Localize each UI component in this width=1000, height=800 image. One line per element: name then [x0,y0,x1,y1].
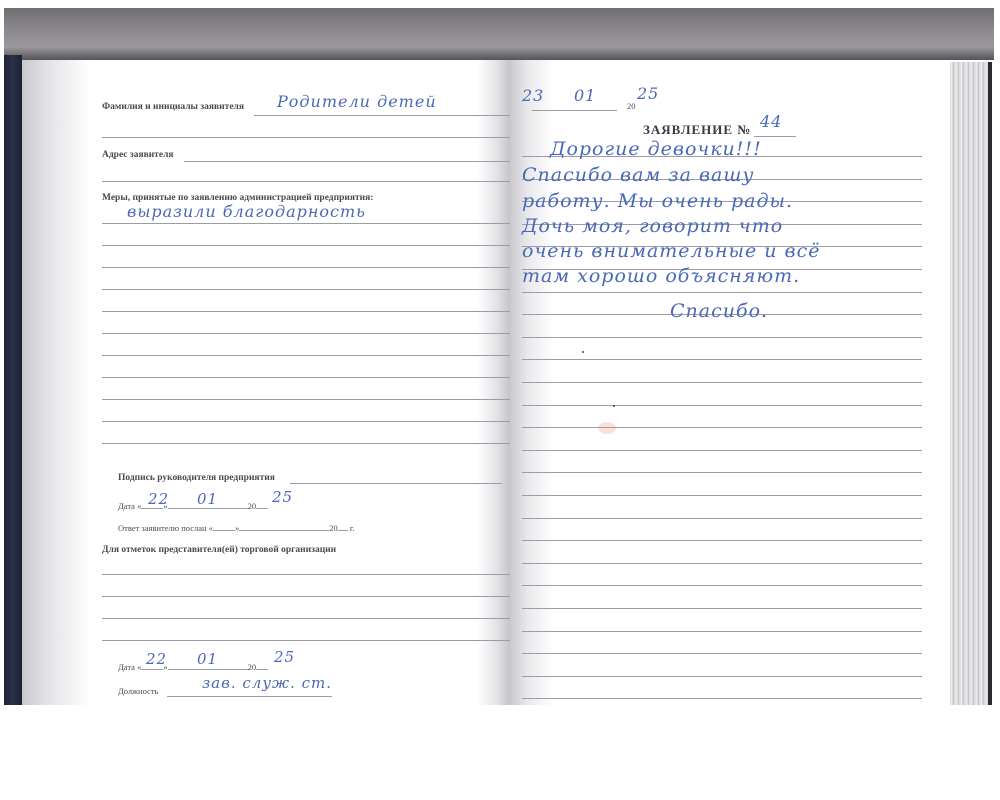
ruled-line [102,223,512,224]
date1-year-prefix: 20 [248,501,257,511]
ink-speck [582,351,584,353]
stain-mark [598,422,616,434]
date2-day: 22 [146,650,167,668]
ruled-line [102,421,512,422]
reply-sent-year-suffix: г. [350,523,355,533]
ruled-line [102,377,512,378]
reply-sent-label: Ответ заявителю послан « [118,523,213,533]
ruled-line [522,608,922,609]
position-value: зав. служ. ст. [202,674,332,692]
ruled-line [522,337,922,338]
statement-line-1: Дорогие девочки!!! [550,138,762,160]
applicant-name-line [254,115,512,116]
reply-sent-row: Ответ заявителю послан «»20 г. [118,523,355,533]
statement-date-day: 23 [522,86,544,105]
org-notes-line-4 [102,640,512,641]
reply-sent-year-prefix: 20 [329,523,338,533]
org-notes-label: Для отметок представителя(ей) торговой о… [102,545,336,555]
address-line [184,161,512,162]
statement-line-4: Дочь моя, говорит что [522,215,783,237]
statement-line-5: очень внимательные и всё [522,240,821,262]
statement-line-3: работу. Мы очень рады. [522,190,793,212]
ruled-line [522,518,922,519]
measures-value: выразили благодарность [127,202,366,221]
scanned-book-spread: Фамилия и инициалы заявителя Родители де… [0,0,1000,705]
applicant-name-line-2 [102,137,512,138]
statement-signature: Спасибо. [670,300,768,322]
statement-number-line [754,136,796,137]
org-notes-line-1 [102,574,512,575]
ruled-line [522,359,922,360]
right-page: 23 01 20 25 ЗАЯВЛЕНИЕ № 44 Дорогие девоч… [510,60,950,705]
ruled-line [522,631,922,632]
ruled-line [102,333,512,334]
statement-number: 44 [760,112,782,131]
org-notes-line-3 [102,618,512,619]
ruled-line [522,427,922,428]
statement-line-6: там хорошо объясняют. [522,265,800,287]
position-label: Должность [118,686,158,696]
ink-speck [613,405,615,407]
statement-title: ЗАЯВЛЕНИЕ № [643,122,751,138]
ruled-line [522,292,922,293]
statement-line-2: Спасибо вам за вашу [522,164,754,186]
book-cover-edge [4,55,22,705]
ruled-line [102,443,512,444]
date1-label: Дата « [118,501,141,511]
date1-row: Дата «»20 [118,501,268,511]
ruled-line [522,676,922,677]
ruled-line [102,245,512,246]
ruled-line [522,472,922,473]
manager-signature-line [290,483,502,484]
ruled-line [102,355,512,356]
ruled-line [522,585,922,586]
date-day-month-line [532,110,617,111]
ruled-line [522,405,922,406]
ruled-line [522,653,922,654]
date1-month: 01 [197,490,218,508]
date2-row: Дата «»20 [118,662,268,672]
ruled-line [522,698,922,699]
ruled-line [522,563,922,564]
date2-year: 25 [274,648,295,666]
scanner-lid-shadow [4,8,994,60]
ruled-line [102,399,512,400]
applicant-name-label: Фамилия и инициалы заявителя [102,102,244,112]
date2-label: Дата « [118,662,141,672]
manager-signature-label: Подпись руководителя предприятия [118,473,275,483]
statement-date-month: 01 [574,86,596,105]
left-page: Фамилия и инициалы заявителя Родители де… [22,60,512,705]
date1-year: 25 [272,488,293,506]
ruled-line [102,289,512,290]
ruled-line [522,382,922,383]
date2-month: 01 [197,650,218,668]
address-label: Адрес заявителя [102,150,174,160]
position-line [167,696,332,697]
statement-date-year: 25 [637,84,659,103]
address-line-2 [102,181,512,182]
statement-date-year-prefix: 20 [627,101,636,111]
ruled-line [522,450,922,451]
date2-year-prefix: 20 [248,662,257,672]
ruled-line [522,495,922,496]
ruled-line [102,311,512,312]
ruled-line [102,267,512,268]
ruled-line [522,540,922,541]
applicant-name-value: Родители детей [277,92,437,111]
org-notes-line-2 [102,596,512,597]
book-page-edges [950,62,992,705]
date1-day: 22 [148,490,169,508]
